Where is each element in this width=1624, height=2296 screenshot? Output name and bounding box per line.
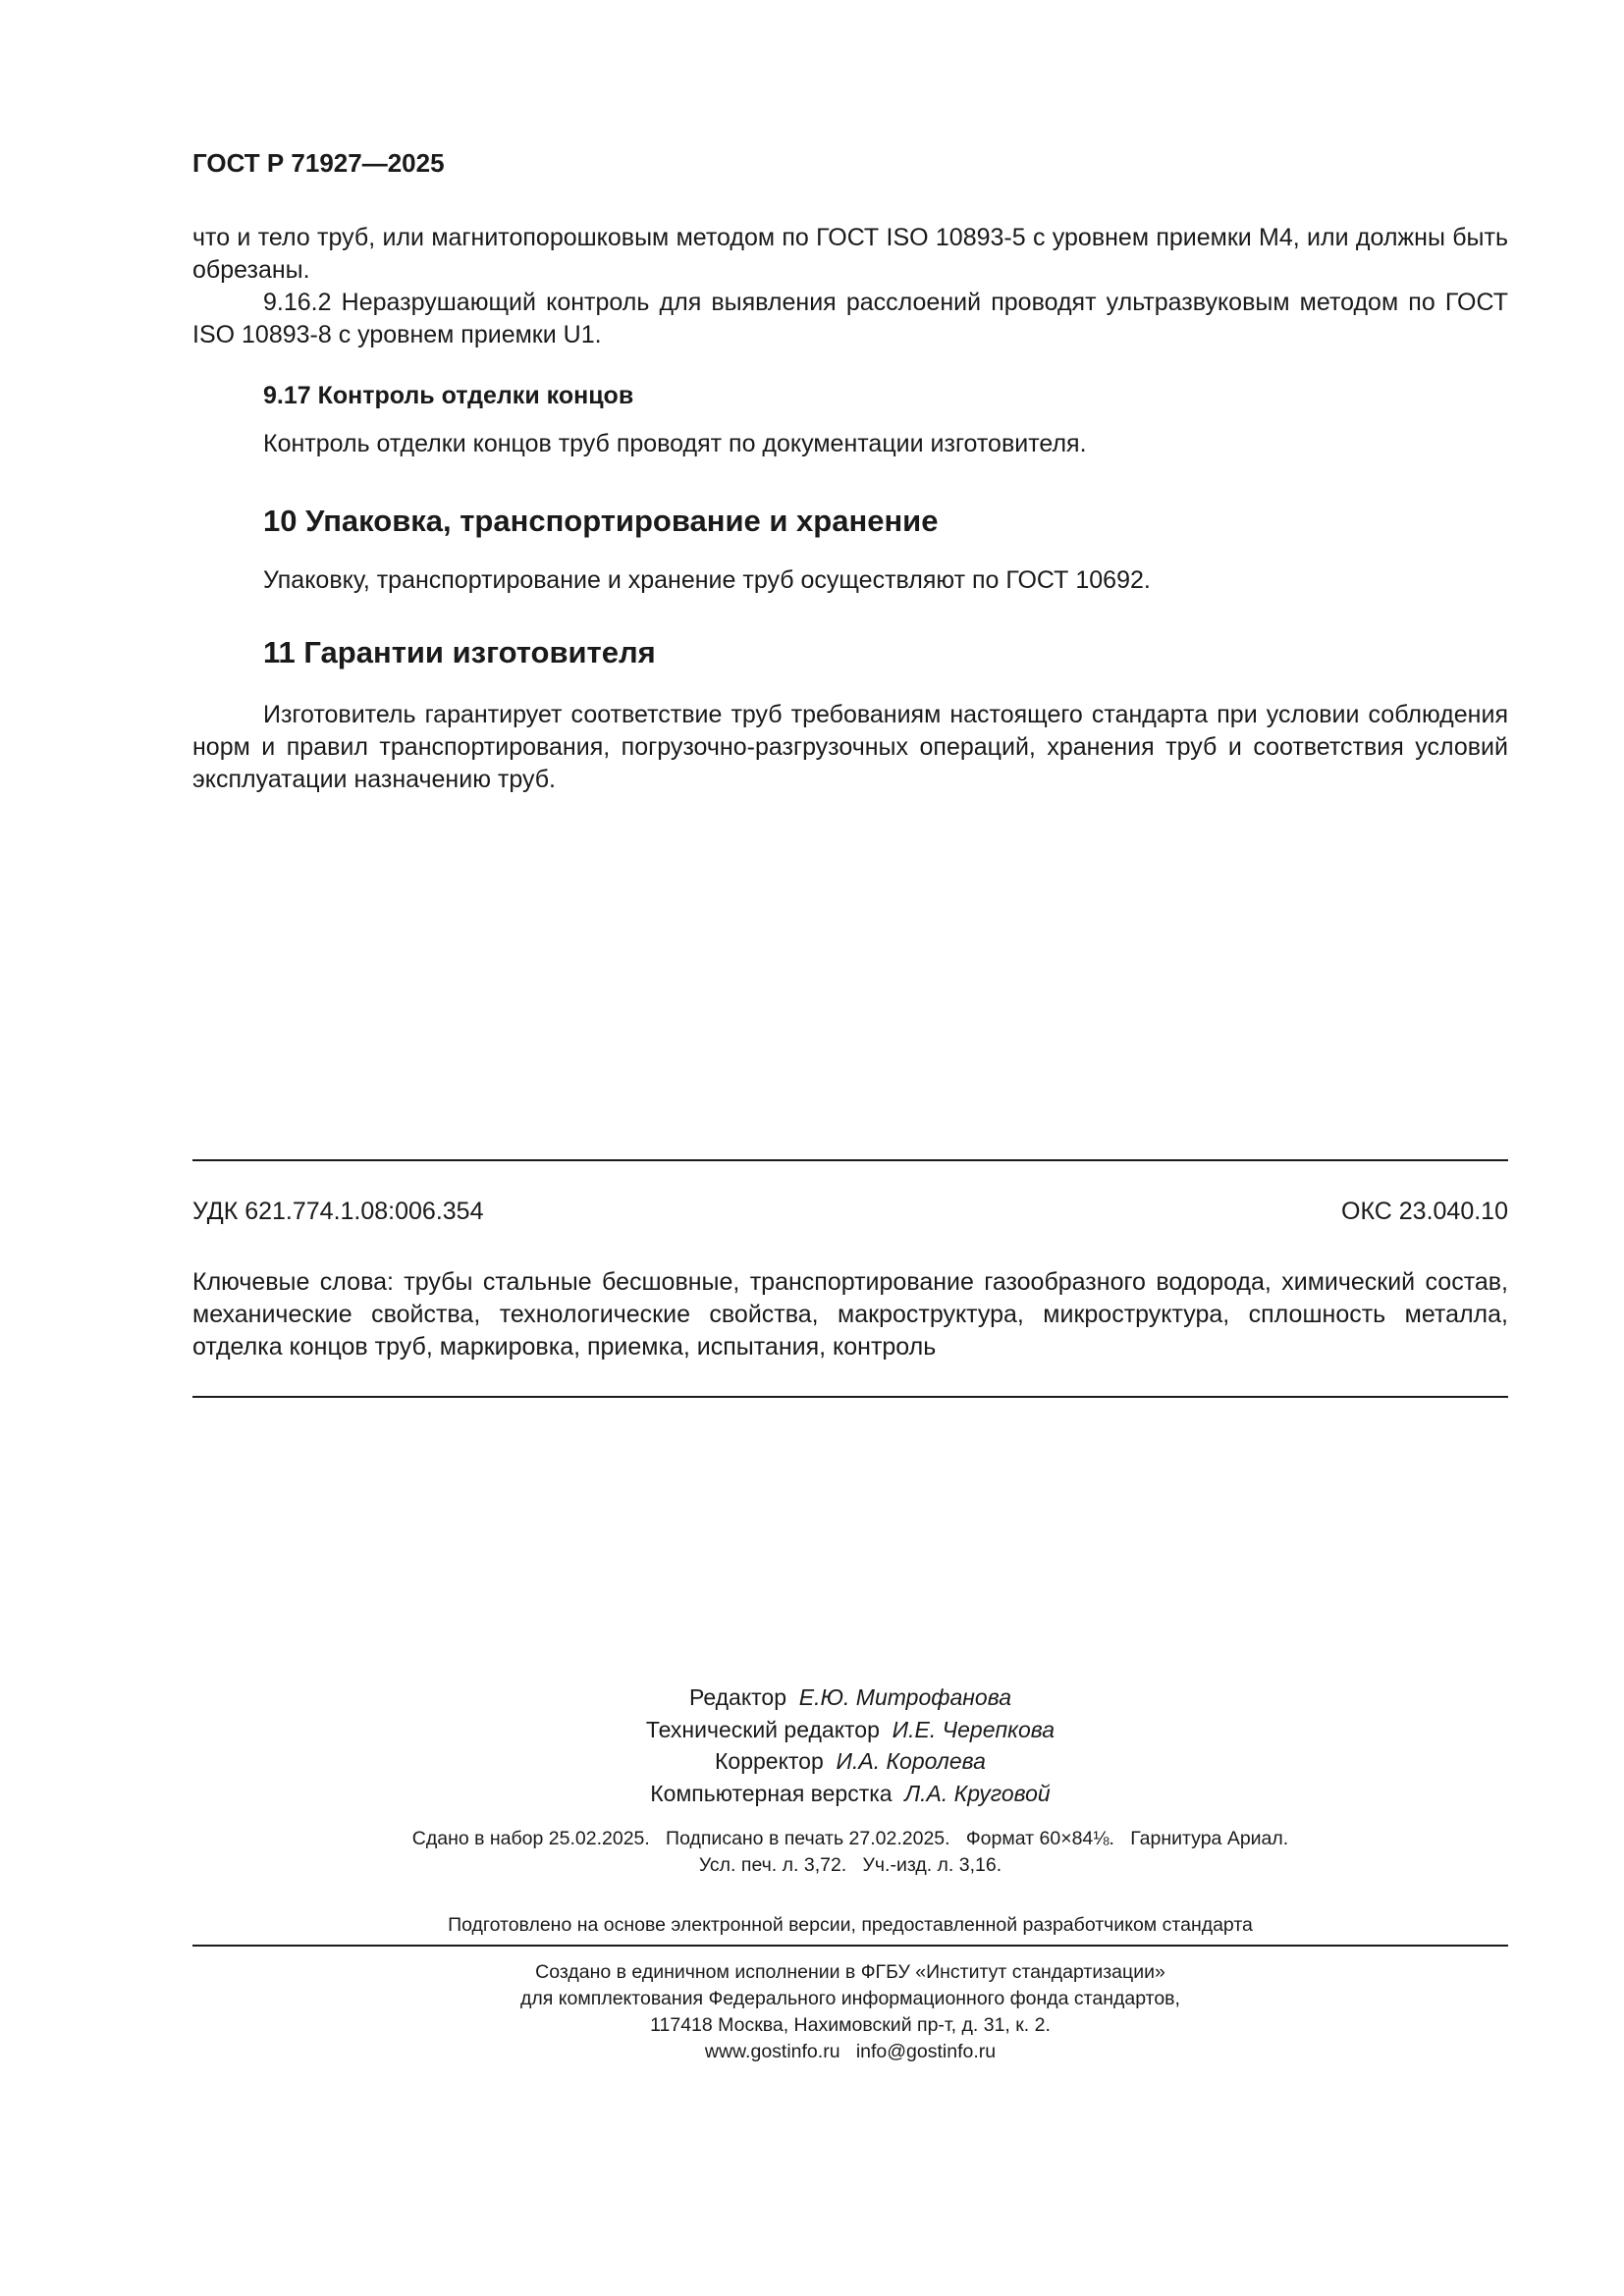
divider-bottom: [192, 1396, 1508, 1398]
section-11-text: Изготовитель гарантирует соответствие тр…: [192, 699, 1508, 796]
oks-code: ОКС 23.040.10: [1341, 1196, 1508, 1228]
credit-person: Л.А. Круговой: [904, 1781, 1050, 1806]
credit-person: И.Е. Черепкова: [893, 1717, 1055, 1742]
website-link[interactable]: www.gostinfo.ru: [705, 2041, 840, 2062]
credit-line-tech-editor: Технический редактор И.Е. Черепкова: [192, 1714, 1508, 1746]
body-block-9-16: что и тело труб, или магнитопорошковым м…: [192, 222, 1508, 351]
credit-role: Редактор: [689, 1684, 786, 1710]
print-info: Сдано в набор 25.02.2025. Подписано в пе…: [192, 1826, 1508, 1879]
publisher-contacts: www.gostinfo.ru info@gostinfo.ru: [192, 2039, 1508, 2065]
continuation-paragraph: что и тело труб, или магнитопорошковым м…: [192, 222, 1508, 287]
email-link[interactable]: info@gostinfo.ru: [856, 2041, 996, 2062]
udc-code: УДК 621.774.1.08:006.354: [192, 1196, 483, 1228]
credit-person: Е.Ю. Митрофанова: [799, 1684, 1011, 1710]
credit-role: Технический редактор: [646, 1717, 880, 1742]
divider-publisher: [192, 1945, 1508, 1947]
publisher-address: 117418 Москва, Нахимовский пр-т, д. 31, …: [192, 2012, 1508, 2039]
credit-line-proofreader: Корректор И.А. Королева: [192, 1745, 1508, 1778]
classification-row: УДК 621.774.1.08:006.354 ОКС 23.040.10: [192, 1196, 1508, 1228]
publisher-line-1: Создано в единичном исполнении в ФГБУ «И…: [192, 1959, 1508, 1986]
clause-9-16-2: 9.16.2 Неразрушающий контроль для выявле…: [192, 287, 1508, 351]
keywords: Ключевые слова: трубы стальные бесшовные…: [192, 1266, 1508, 1363]
divider-top: [192, 1159, 1508, 1161]
section-10-heading: 10 Упаковка, транспортирование и хранени…: [192, 503, 1508, 540]
credit-line-editor: Редактор Е.Ю. Митрофанова: [192, 1682, 1508, 1714]
prepared-note: Подготовлено на основе электронной верси…: [192, 1912, 1508, 1939]
publisher-block: Создано в единичном исполнении в ФГБУ «И…: [192, 1959, 1508, 2065]
print-info-line-2: Усл. печ. л. 3,72. Уч.-изд. л. 3,16.: [192, 1852, 1508, 1879]
section-11-heading: 11 Гарантии изготовителя: [192, 634, 1508, 671]
credit-role: Компьютерная верстка: [650, 1781, 892, 1806]
publisher-line-2: для комплектования Федерального информац…: [192, 1986, 1508, 2012]
credits-block: Редактор Е.Ю. Митрофанова Технический ре…: [192, 1682, 1508, 1809]
section-10-text: Упаковку, транспортирование и хранение т…: [192, 564, 1508, 597]
clause-9-17-text: Контроль отделки концов труб проводят по…: [192, 428, 1508, 460]
credit-line-layout: Компьютерная верстка Л.А. Круговой: [192, 1778, 1508, 1810]
running-header: ГОСТ Р 71927—2025: [192, 147, 1508, 179]
print-info-line-1: Сдано в набор 25.02.2025. Подписано в пе…: [192, 1826, 1508, 1852]
credit-person: И.А. Королева: [837, 1748, 986, 1774]
clause-9-17-heading: 9.17 Контроль отделки концов: [192, 380, 1579, 412]
credit-role: Корректор: [715, 1748, 824, 1774]
